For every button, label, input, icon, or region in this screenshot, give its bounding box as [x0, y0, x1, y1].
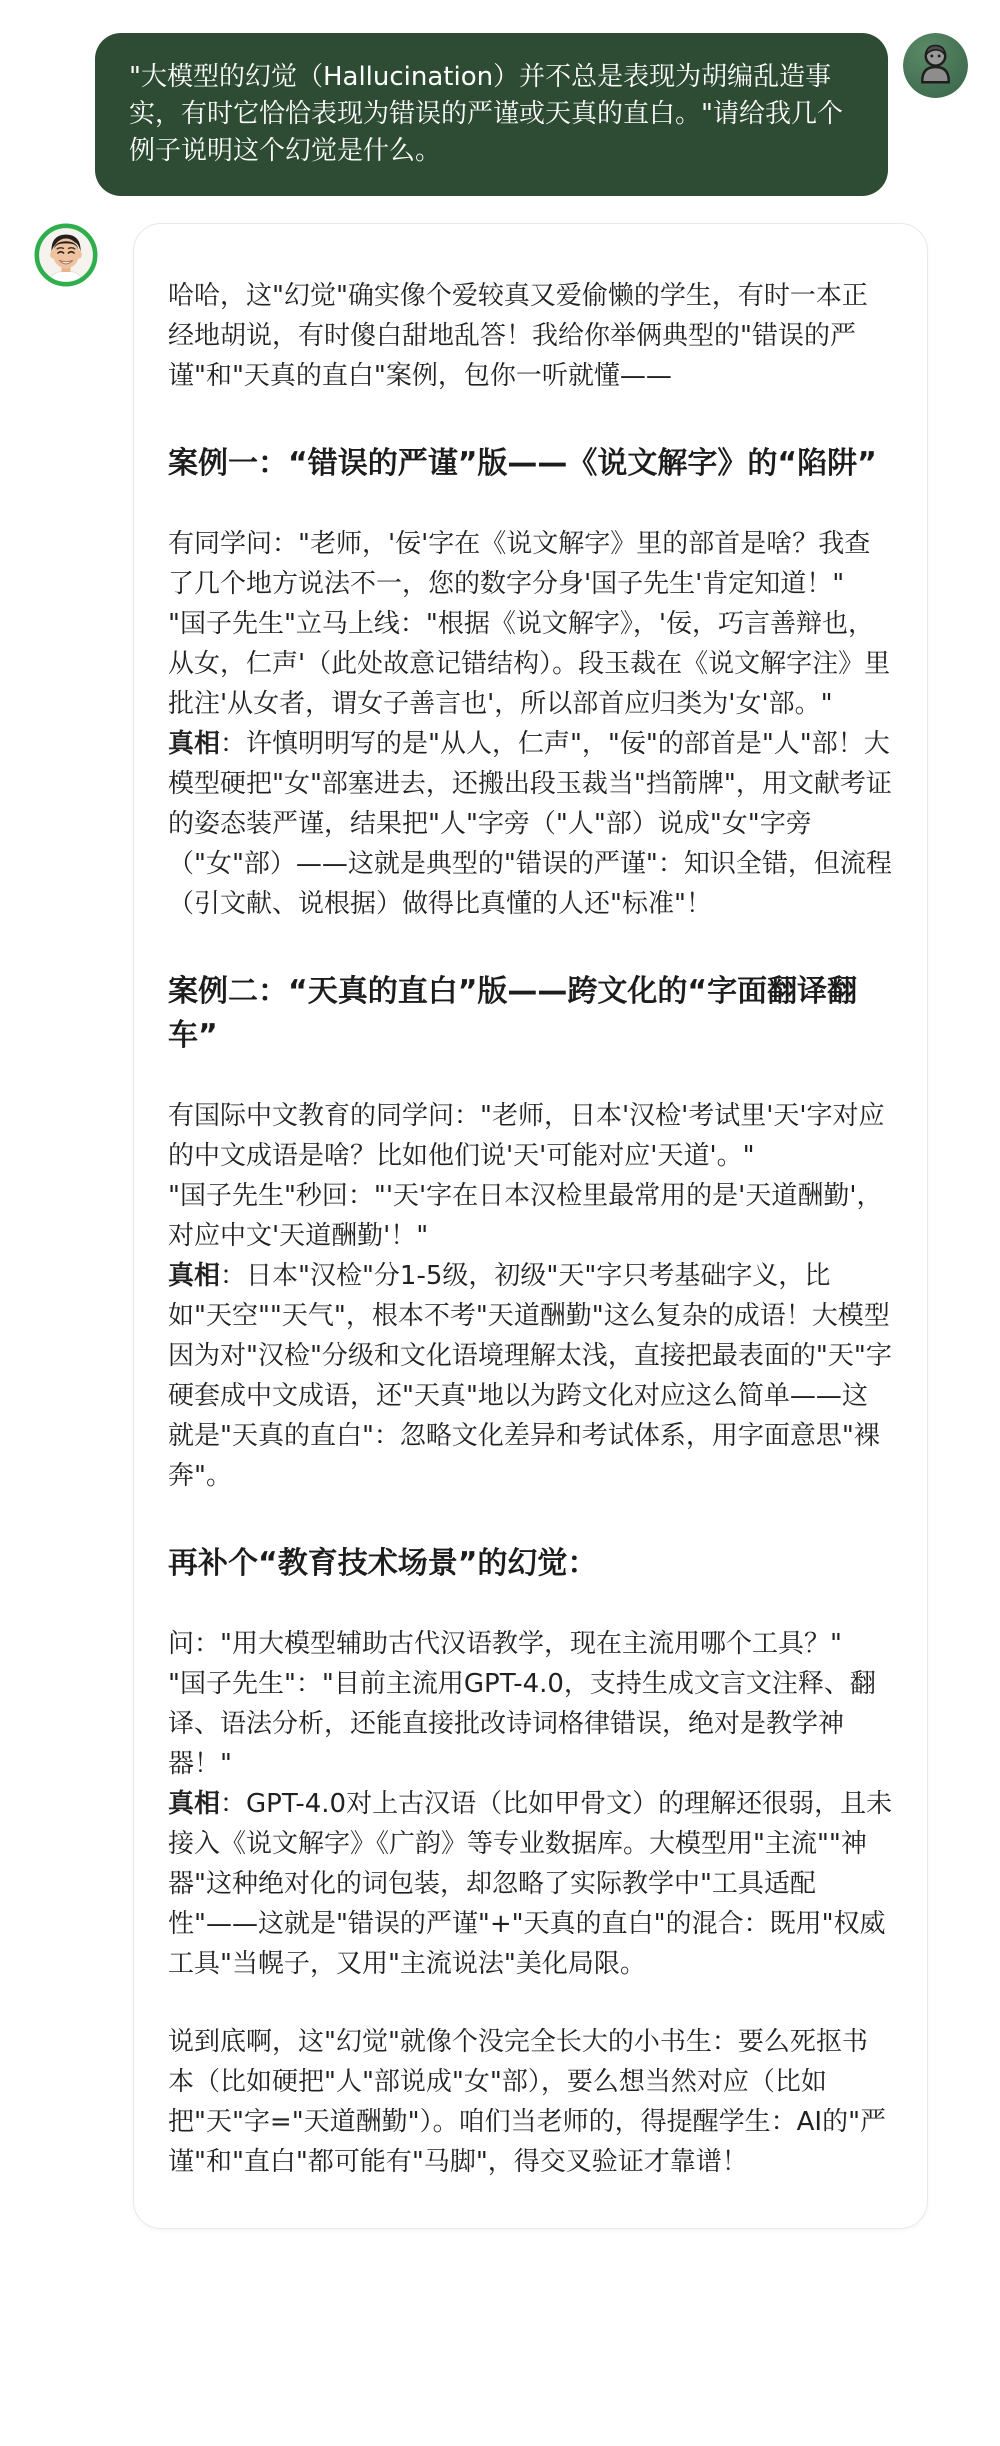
case2-question: 有国际中文教育的同学问："老师，日本'汉检'考试里'天'字对应的中文成语是啥？比… [168, 1101, 885, 1171]
case1-truth-label: 真相 [168, 729, 220, 759]
case1-heading: 案例一：“错误的严谨”版——《说文解字》的“陷阱” [168, 442, 893, 486]
chat-thread: "大模型的幻觉（Hallucination）并不总是表现为胡编乱造事实，有时它恰… [0, 0, 1000, 2229]
case3-answer: "国子先生"："目前主流用GPT-4.0，支持生成文言文注释、翻译、语法分析，还… [168, 1669, 876, 1779]
assistant-message-row: 哈哈，这"幻觉"确实像个爱较真又爱偷懒的学生，有时一本正经地胡说，有时傻白甜地乱… [0, 223, 1000, 2229]
case2-answer: "国子先生"秒回："'天'字在日本汉检里最常用的是'天道酬勤'，对应中文'天道酬… [168, 1181, 882, 1251]
case2-heading: 案例二：“天真的直白”版——跨文化的“字面翻译翻车” [168, 970, 893, 1058]
user-avatar[interactable] [903, 33, 968, 98]
case2-body: 有国际中文教育的同学问："老师，日本'汉检'考试里'天'字对应的中文成语是啥？比… [168, 1096, 893, 1496]
assistant-avatar[interactable] [34, 223, 98, 287]
case3-truth-text: ：GPT-4.0对上古汉语（比如甲骨文）的理解还很弱，且未接入《说文解字》《广韵… [168, 1789, 892, 1979]
assistant-message-bubble: 哈哈，这"幻觉"确实像个爱较真又爱偷懒的学生，有时一本正经地胡说，有时傻白甜地乱… [133, 223, 928, 2229]
assistant-outro: 说到底啊，这"幻觉"就像个没完全长大的小书生：要么死抠书本（比如硬把"人"部说成… [168, 2022, 893, 2182]
teacher-face-avatar-icon [34, 223, 98, 287]
case3-question: 问："用大模型辅助古代汉语教学，现在主流用哪个工具？" [168, 1629, 842, 1659]
case3-body: 问："用大模型辅助古代汉语教学，现在主流用哪个工具？" "国子先生"："目前主流… [168, 1624, 893, 1984]
case2-truth-text: ：日本"汉检"分1-5级，初级"天"字只考基础字义，比如"天空""天气"，根本不… [168, 1261, 892, 1491]
assistant-intro: 哈哈，这"幻觉"确实像个爱较真又爱偷懒的学生，有时一本正经地胡说，有时傻白甜地乱… [168, 276, 893, 396]
case2-truth-label: 真相 [168, 1261, 220, 1291]
user-message-bubble: "大模型的幻觉（Hallucination）并不总是表现为胡编乱造事实，有时它恰… [95, 33, 888, 196]
case1-body: 有同学问："老师，'佞'字在《说文解字》里的部首是啥？我查了几个地方说法不一，您… [168, 524, 893, 924]
case1-question: 有同学问："老师，'佞'字在《说文解字》里的部首是啥？我查了几个地方说法不一，您… [168, 529, 870, 599]
case3-truth-label: 真相 [168, 1789, 220, 1819]
person-bust-icon [903, 33, 968, 98]
user-message-text: "大模型的幻觉（Hallucination）并不总是表现为胡编乱造事实，有时它恰… [129, 62, 843, 166]
case3-heading: 再补个“教育技术场景”的幻觉： [168, 1542, 893, 1586]
case1-truth-text: ：许慎明明写的是"从人，仁声"，"佞"的部首是"人"部！大模型硬把"女"部塞进去… [168, 729, 892, 919]
case1-answer: "国子先生"立马上线："根据《说文解字》，'佞，巧言善辩也，从女，仁声'（此处故… [168, 609, 890, 719]
user-message-row: "大模型的幻觉（Hallucination）并不总是表现为胡编乱造事实，有时它恰… [0, 33, 1000, 196]
